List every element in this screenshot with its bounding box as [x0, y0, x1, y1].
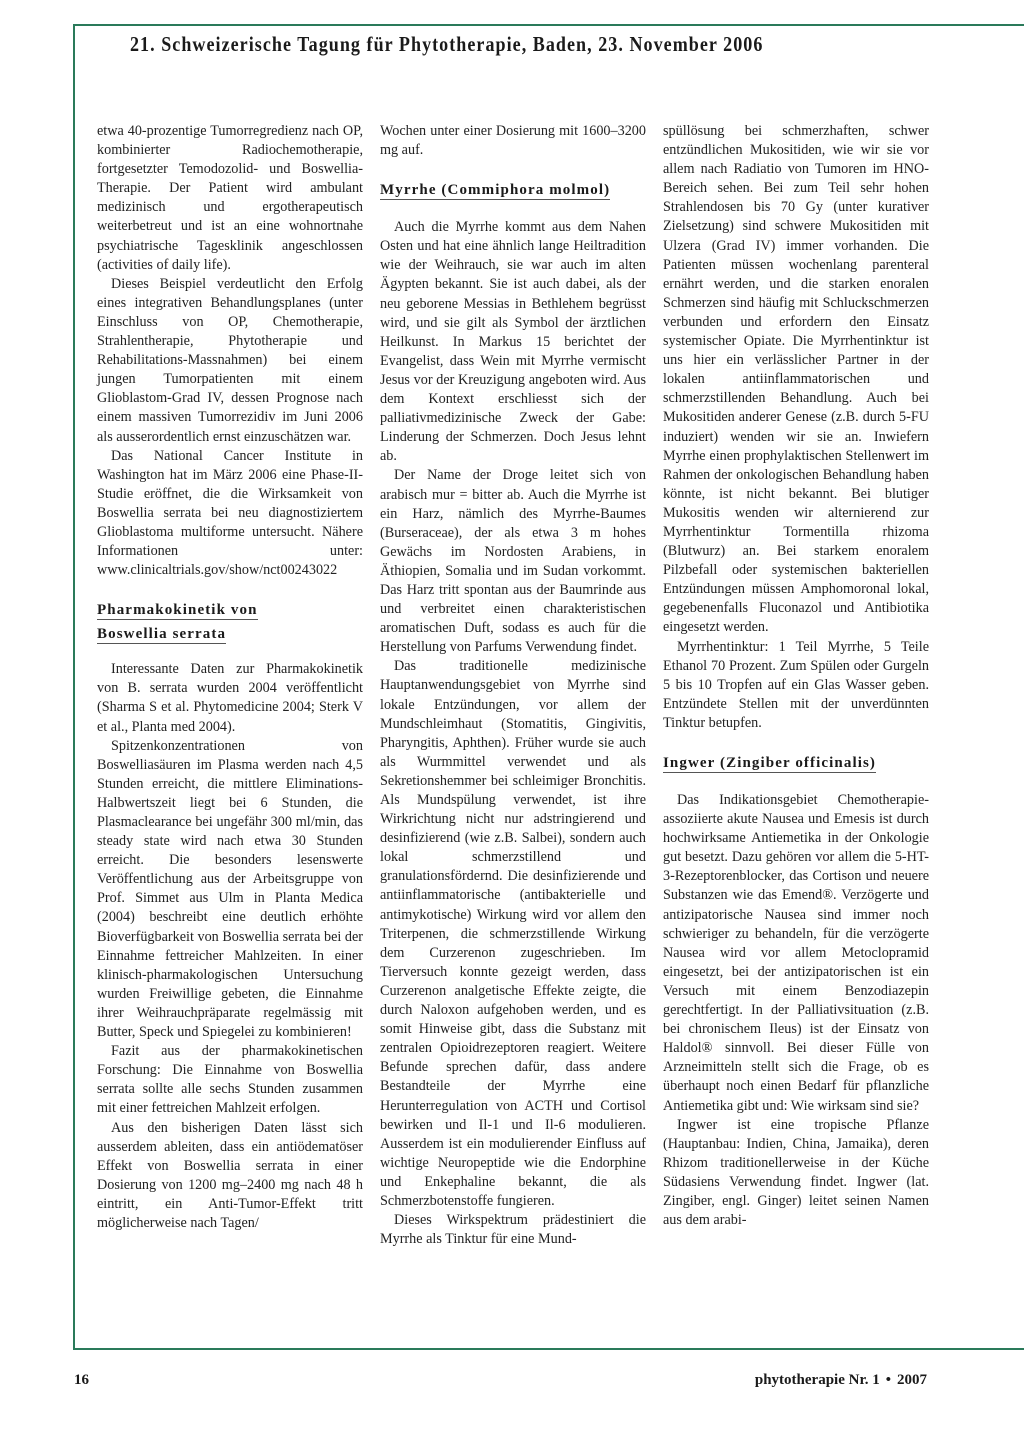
- heading-line: Myrrhe (Commiphora molmol): [380, 182, 610, 200]
- journal-name: phytotherapie Nr. 1: [755, 1372, 880, 1388]
- page-number: 16: [74, 1372, 89, 1389]
- paragraph: Myrrhentinktur: 1 Teil Myrrhe, 5 Teile E…: [663, 638, 929, 733]
- section-heading-ingwer: Ingwer (Zingiber officinalis): [663, 751, 929, 775]
- section-heading-myrrhe: Myrrhe (Commiphora molmol): [380, 178, 646, 202]
- column-3: spüllösung bei schmerzhaften, schwer ent…: [663, 122, 929, 1230]
- column-2: Wochen unter einer Dosierung mit 1600–32…: [380, 122, 646, 1249]
- paragraph: Das National Cancer Institute in Washing…: [97, 447, 363, 581]
- paragraph: spüllösung bei schmerzhaften, schwer ent…: [663, 122, 929, 638]
- column-1: etwa 40-prozentige Tumorregredienz nach …: [97, 122, 363, 1233]
- paragraph: Spitzenkonzentrationen von Boswelliasäur…: [97, 737, 363, 1043]
- paragraph: Interessante Daten zur Pharmakokinetik v…: [97, 660, 363, 736]
- paragraph: Das Indikationsgebiet Chemotherapie-asso…: [663, 791, 929, 1116]
- section-heading-pharmakokinetik: Pharmakokinetik von Boswellia serrata: [97, 598, 363, 646]
- journal-citation: phytotherapie Nr. 1•2007: [755, 1372, 927, 1389]
- paragraph: Auch die Myrrhe kommt aus dem Nahen Oste…: [380, 218, 646, 466]
- paragraph: Wochen unter einer Dosierung mit 1600–32…: [380, 122, 646, 160]
- paragraph: Fazit aus der pharmakokinetischen Forsch…: [97, 1042, 363, 1118]
- bullet-separator: •: [886, 1372, 891, 1388]
- paragraph: Ingwer ist eine tropische Pflanze (Haupt…: [663, 1116, 929, 1231]
- heading-line: Pharmakokinetik von: [97, 602, 258, 620]
- paragraph: etwa 40-prozentige Tumorregredienz nach …: [97, 122, 363, 275]
- paragraph: Dieses Beispiel verdeutlicht den Erfolg …: [97, 275, 363, 447]
- paragraph: Das traditionelle medizinische Hauptanwe…: [380, 657, 646, 1211]
- running-title: 21. Schweizerische Tagung für Phytothera…: [130, 32, 763, 57]
- paragraph: Der Name der Droge leitet sich von arabi…: [380, 466, 646, 657]
- paragraph: Dieses Wirkspektrum prädestiniert die My…: [380, 1211, 646, 1249]
- paragraph: Aus den bisherigen Daten lässt sich auss…: [97, 1119, 363, 1234]
- heading-line: Boswellia serrata: [97, 626, 226, 644]
- journal-year: 2007: [897, 1372, 927, 1388]
- heading-line: Ingwer (Zingiber officinalis): [663, 755, 876, 773]
